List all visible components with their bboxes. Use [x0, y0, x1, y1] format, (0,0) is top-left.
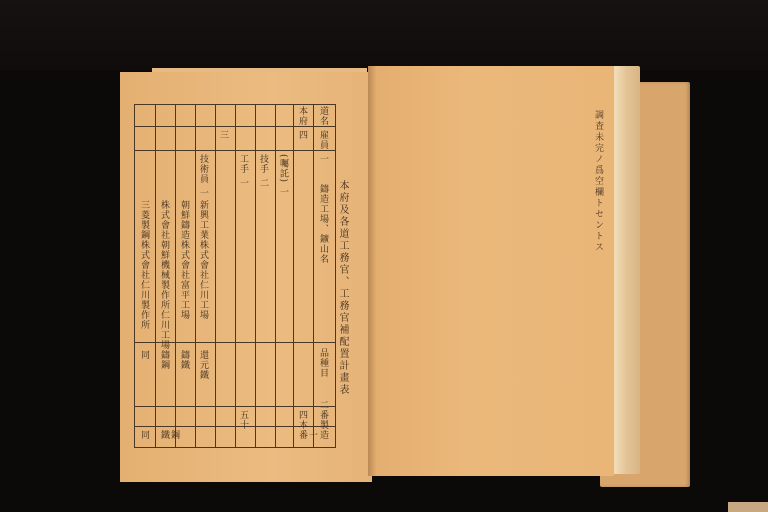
footer-cell: 一番: [297, 430, 317, 448]
table-rule: [195, 104, 196, 448]
footer-cell: 二番製造: [318, 400, 328, 440]
corner-fragment: [728, 502, 768, 512]
header-cell: 三: [218, 130, 228, 140]
footer-cell: 五十: [238, 410, 248, 430]
header-cell: 品種目: [318, 348, 328, 378]
header-cell: 道名: [318, 106, 328, 126]
table-rule: [235, 104, 236, 448]
footer-cell: 四本: [297, 410, 307, 430]
table-rule: [255, 104, 256, 448]
document-title: 本府及各道工務官、工務官補配置計畫表: [336, 180, 348, 396]
table-rule: [313, 104, 314, 448]
table-rule: [155, 104, 156, 448]
table-rule: [215, 104, 216, 448]
company-cell: 株式會社朝鮮機械製作所仁川工場: [159, 200, 169, 350]
staff-cell: 雇員 一: [318, 130, 328, 164]
right-page-note: 調査未完ノ爲空欄トセントス: [592, 110, 603, 253]
right-page: [368, 66, 614, 476]
product-cell: 同: [139, 350, 149, 360]
staff-cell: 工手 一: [238, 154, 248, 188]
header-cell: 本府: [297, 106, 307, 126]
header-cell: 四: [297, 130, 307, 140]
company-cell: 新興工業株式會社仁川工場: [198, 200, 208, 320]
table-rule: [293, 104, 294, 448]
product-cell: 還元鐵: [198, 350, 208, 380]
footer-cell: 鋼鐵: [159, 430, 179, 448]
company-cell: 三菱製鋼株式會社仁川製作所: [139, 200, 149, 330]
staff-cell: 技術員 一: [198, 154, 208, 198]
allocation-table: 道名 本府 四 三 雇員 一 (囑託) 一 技手 二 工手 一 技術員 一 鑄造…: [134, 104, 336, 448]
footer-cell: 同: [139, 430, 149, 440]
table-rule: [275, 104, 276, 448]
staff-cell: (囑託) 一: [278, 154, 288, 197]
factory-label: 鑄造工場、鑛山名: [318, 184, 328, 264]
company-cell: 朝鮮鑄造株式會社富平工場: [179, 200, 189, 320]
background: [0, 0, 768, 70]
table-rule: [175, 104, 176, 448]
staff-cell: 技手 二: [258, 154, 268, 188]
product-cell: 鑄鐵: [179, 350, 189, 370]
book-spine: [368, 66, 376, 476]
product-cell: 鑄鋼: [159, 350, 169, 370]
